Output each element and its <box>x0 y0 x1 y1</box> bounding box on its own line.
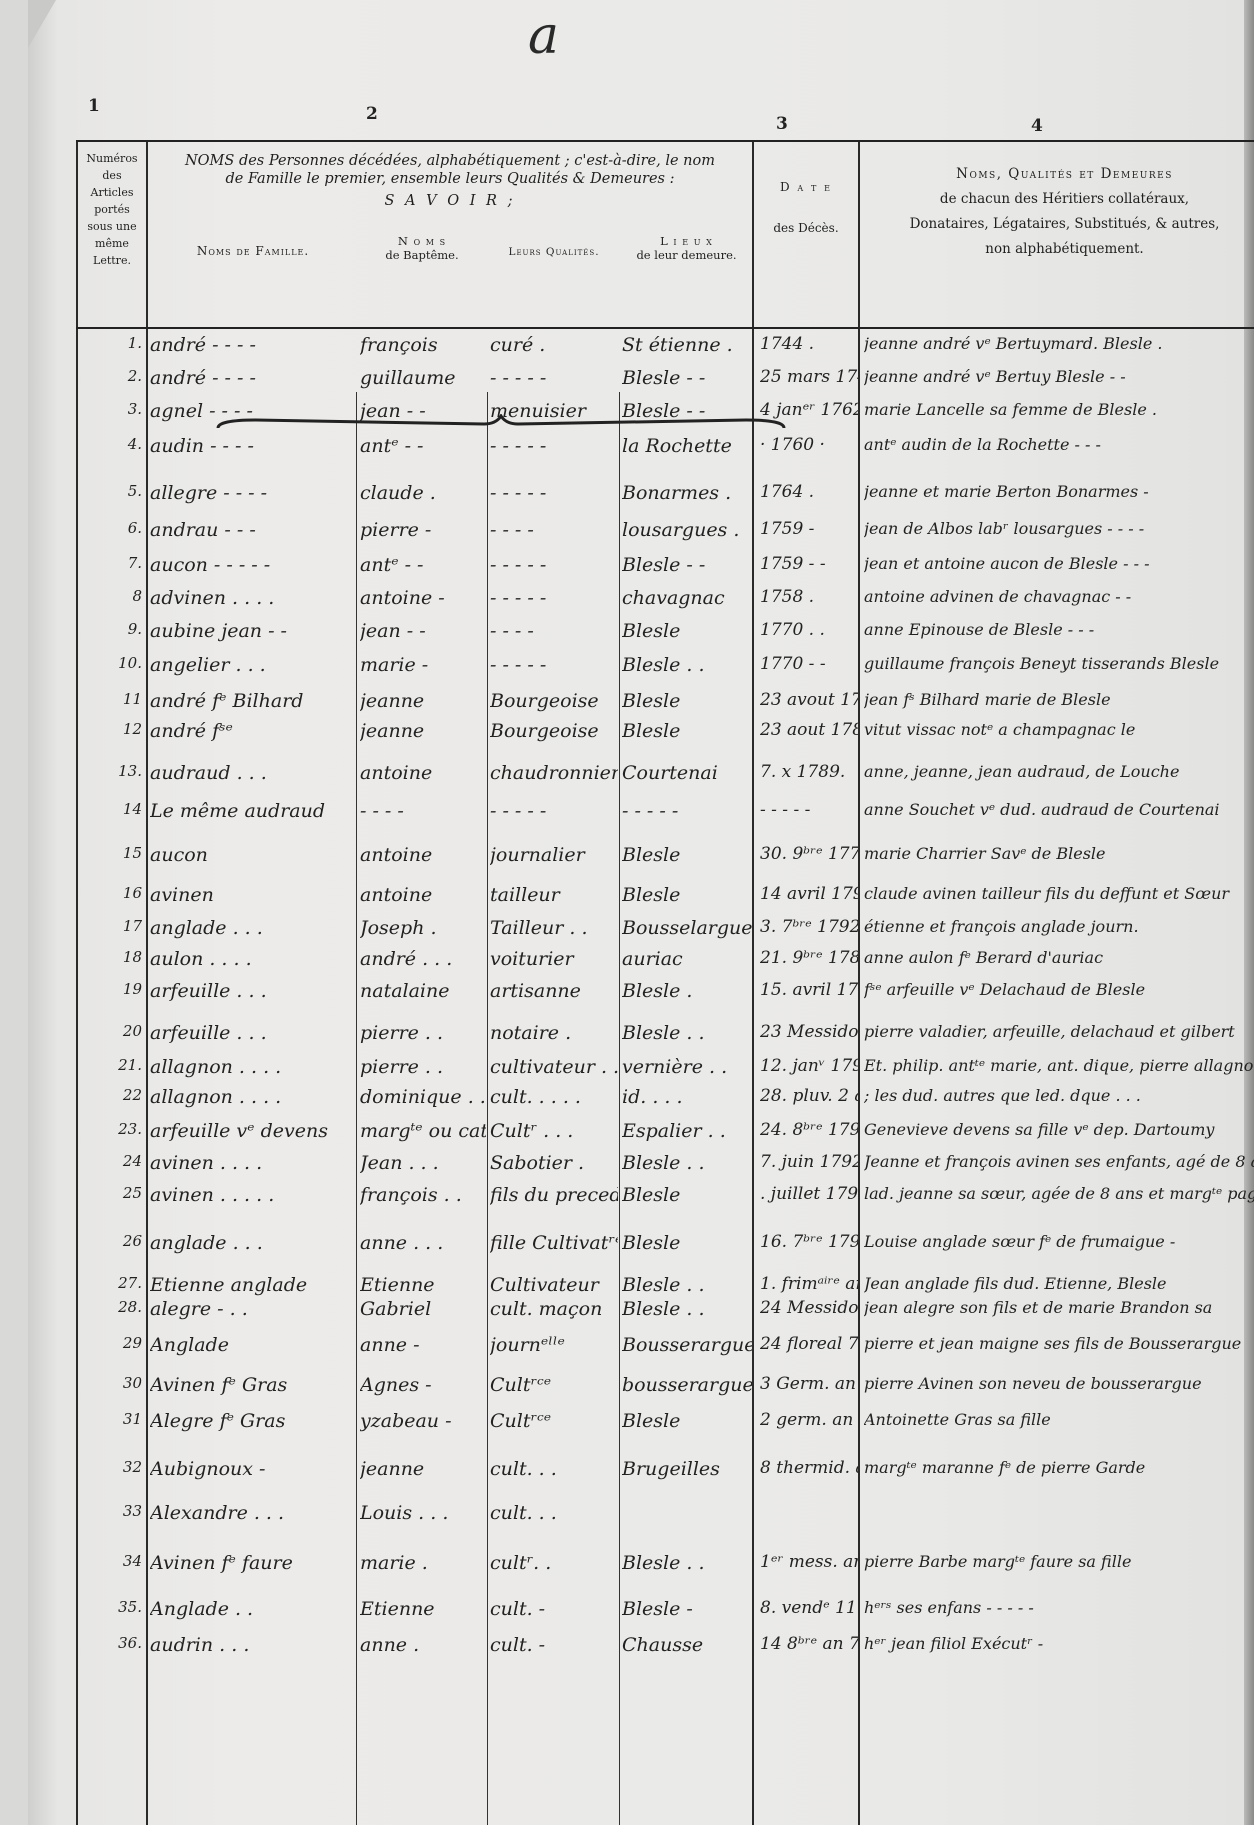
family-name-cell: Etienne anglade <box>150 1274 356 1296</box>
death-date-cell: . juillet 1792 <box>760 1184 858 1204</box>
death-date-cell: 3 Germ. an 6 <box>760 1374 858 1394</box>
quality-cell: Bourgeoise <box>490 690 618 712</box>
residence-cell: Blesle . . <box>622 1274 752 1296</box>
residence-cell: Blesle . . <box>622 654 752 676</box>
heirs-cell: pierre Avinen son neveu de bousserargue <box>864 1374 1254 1393</box>
baptism-name-cell: margᵗᵉ ou cath. <box>360 1120 486 1142</box>
residence-cell: Blesle - - <box>622 367 752 389</box>
quality-cell: cult. - <box>490 1598 618 1620</box>
death-date-cell: · 1760 · <box>760 435 858 455</box>
quality-cell: Cultʳᶜᵉ <box>490 1410 618 1432</box>
row-number-cell: 18 <box>78 948 142 966</box>
row-number-cell: 20 <box>78 1022 142 1040</box>
residence-cell: Blesle . . <box>622 1152 752 1174</box>
heirs-cell: anne, jeanne, jean audraud, de Louche <box>864 762 1254 781</box>
family-name-cell: aubine jean - - <box>150 620 356 642</box>
baptism-name-cell: françois <box>360 334 486 356</box>
row-number-cell: 25 <box>78 1184 142 1202</box>
table-row: 32Aubignoux -jeannecult. . .Brugeilles8 … <box>76 1458 1254 1494</box>
baptism-name-cell: Gabriel <box>360 1298 486 1320</box>
row-number-cell: 11 <box>78 690 142 708</box>
residence-cell: Blesle - - <box>622 400 752 422</box>
family-name-cell: Avinen fᵉ faure <box>150 1552 356 1574</box>
row-number-cell: 33 <box>78 1502 142 1520</box>
death-date-cell: 1764 . <box>760 482 858 502</box>
death-date-cell: 21. 9ᵇʳᵉ 1785. <box>760 948 858 968</box>
row-number-cell: 15 <box>78 844 142 862</box>
rule-header-bottom <box>76 327 1254 329</box>
column-number-2: 2 <box>366 104 378 124</box>
row-number-cell: 35. <box>78 1598 142 1616</box>
baptism-name-cell: marie - <box>360 654 486 676</box>
quality-cell: cultʳ. . <box>490 1552 618 1574</box>
family-name-cell: anglade . . . <box>150 1232 356 1254</box>
row-number-cell: 8 <box>78 587 142 605</box>
death-date-cell: 7. x 1789. <box>760 762 858 782</box>
quality-cell: Bourgeoise <box>490 720 618 742</box>
family-name-cell: audin - - - - <box>150 435 356 457</box>
row-number-cell: 19 <box>78 980 142 998</box>
death-date-cell: 24 Messidor an 6. <box>760 1298 858 1318</box>
quality-cell: fille Cultivatʳᵉ <box>490 1232 618 1254</box>
death-date-cell: 1770 . . <box>760 620 858 640</box>
table-row: 4.audin - - - -antᵉ - -- - - - -la Roche… <box>76 435 1254 471</box>
table-row: 22allagnon . . . .dominique . .cult. . .… <box>76 1086 1254 1122</box>
row-number-cell: 2. <box>78 367 142 385</box>
residence-cell: Blesle <box>622 1232 752 1254</box>
family-name-cell: aucon - - - - - <box>150 554 356 576</box>
row-number-cell: 24 <box>78 1152 142 1170</box>
residence-cell: Blesle <box>622 720 752 742</box>
heirs-cell: jeanne andré vᵉ Bertuy Blesle - - <box>864 367 1254 386</box>
family-name-cell: Anglade . . <box>150 1598 356 1620</box>
baptism-name-cell: pierre . . <box>360 1022 486 1044</box>
quality-cell: - - - - <box>490 620 618 642</box>
family-name-cell: alegre - . . <box>150 1298 356 1320</box>
baptism-name-cell: Etienne <box>360 1598 486 1620</box>
table-row: 5.allegre - - - -claude .- - - - -Bonarm… <box>76 482 1254 518</box>
heirs-cell: marie Lancelle sa femme de Blesle . <box>864 400 1254 419</box>
quality-cell: Tailleur . . <box>490 917 618 939</box>
family-name-cell: agnel - - - - <box>150 400 356 422</box>
heirs-cell: fˢᵉ arfeuille vᵉ Delachaud de Blesle <box>864 980 1254 999</box>
death-date-cell: 8. vendᵉ 11. <box>760 1598 858 1618</box>
heirs-cell: jean de Albos labʳ lousargues - - - - <box>864 519 1254 538</box>
table-row: 13.audraud . . .antoinechaudronnierCourt… <box>76 762 1254 798</box>
family-name-cell: arfeuille . . . <box>150 1022 356 1044</box>
table-row: 24avinen . . . .Jean . . .Sabotier .Bles… <box>76 1152 1254 1188</box>
row-number-cell: 27. <box>78 1274 142 1292</box>
row-number-cell: 9. <box>78 620 142 638</box>
baptism-name-cell: Etienne <box>360 1274 486 1296</box>
column-number-3: 3 <box>776 114 788 134</box>
family-name-cell: anglade . . . <box>150 917 356 939</box>
sheet-letter: a <box>528 6 559 66</box>
heirs-cell: anne Souchet vᵉ dud. audraud de Courtena… <box>864 800 1254 819</box>
death-date-cell: - - - - - <box>760 800 858 820</box>
table-row: 36.audrin . . .anne .cult. -Chausse14 8ᵇ… <box>76 1634 1254 1670</box>
table-row: 30Avinen fᵉ GrasAgnes -Cultʳᶜᵉbousserarg… <box>76 1374 1254 1410</box>
row-number-cell: 26 <box>78 1232 142 1250</box>
residence-cell: Bousselargues <box>622 917 752 939</box>
family-name-cell: avinen <box>150 884 356 906</box>
heirs-cell: Antoinette Gras sa fille <box>864 1410 1254 1429</box>
death-register-table: Numéros des Articles portés sous une mêm… <box>76 140 1254 1825</box>
row-number-cell: 28. <box>78 1298 142 1316</box>
heirs-cell: margᵗᵉ maranne fᵉ de pierre Garde <box>864 1458 1254 1477</box>
row-number-cell: 16 <box>78 884 142 902</box>
residence-cell: Blesle - - <box>622 554 752 576</box>
residence-cell: Blesle . . <box>622 1298 752 1320</box>
death-date-cell: 2 germ. an 7 <box>760 1410 858 1430</box>
heirs-cell: Jeanne et françois avinen ses enfants, a… <box>864 1152 1254 1171</box>
quality-cell: tailleur <box>490 884 618 906</box>
death-date-cell: 4 janᵉʳ 1762 <box>760 400 858 420</box>
death-date-cell: 23 aout 1784 <box>760 720 858 740</box>
heirs-cell: jean alegre son fils et de marie Brandon… <box>864 1298 1254 1317</box>
family-name-cell: allagnon . . . . <box>150 1086 356 1108</box>
residence-cell: chavagnac <box>622 587 752 609</box>
table-row: 26anglade . . .anne . . .fille Cultivatʳ… <box>76 1232 1254 1268</box>
baptism-name-cell: antoine <box>360 844 486 866</box>
residence-cell: bousserargue <box>622 1374 752 1396</box>
heirs-cell: pierre et jean maigne ses fils de Bousse… <box>864 1334 1254 1353</box>
table-row: 18aulon . . . .andré . . .voiturierauria… <box>76 948 1254 984</box>
table-row: 23.arfeuille vᵉ devensmargᵗᵉ ou cath.Cul… <box>76 1120 1254 1156</box>
death-date-cell: 15. avril 1792. <box>760 980 858 1000</box>
family-name-cell: audrin . . . <box>150 1634 356 1656</box>
quality-cell: - - - - - <box>490 800 618 822</box>
row-number-cell: 5. <box>78 482 142 500</box>
residence-cell: - - - - - <box>622 800 752 822</box>
death-date-cell: 1759 - <box>760 519 858 539</box>
quality-cell: - - - - - <box>490 435 618 457</box>
death-date-cell: 7. juin 1792 <box>760 1152 858 1172</box>
row-number-cell: 10. <box>78 654 142 672</box>
death-date-cell: 24. 8ᵇʳᵉ 1792 <box>760 1120 858 1140</box>
family-name-cell: advinen . . . . <box>150 587 356 609</box>
table-row: 2.andré - - - -guillaume- - - - -Blesle … <box>76 367 1254 403</box>
family-name-cell: andré - - - - <box>150 334 356 356</box>
baptism-name-cell: antoine <box>360 762 486 784</box>
header-baptism-names: N o m s de Baptême. <box>358 234 486 263</box>
table-row: 31Alegre fᵉ Grasyzabeau -CultʳᶜᵉBlesle2 … <box>76 1410 1254 1446</box>
baptism-name-cell: antoine <box>360 884 486 906</box>
header-residence: L i e u x de leur demeure. <box>621 234 752 263</box>
heirs-cell: antoine advinen de chavagnac - - <box>864 587 1254 606</box>
table-row: 15auconantoinejournalierBlesle30. 9ᵇʳᵉ 1… <box>76 844 1254 880</box>
death-date-cell: 12. janᵛ 1791 <box>760 1056 858 1076</box>
residence-cell: Brugeilles <box>622 1458 752 1480</box>
torn-corner <box>28 0 56 48</box>
death-date-cell: 1758 . <box>760 587 858 607</box>
residence-cell: Blesle <box>622 690 752 712</box>
quality-cell: - - - - - <box>490 554 618 576</box>
death-date-cell: 14 avril 1791 <box>760 884 858 904</box>
quality-cell: cult. . . <box>490 1502 618 1524</box>
heirs-cell: marie Charrier Savᵉ de Blesle <box>864 844 1254 863</box>
table-row: 35.Anglade . .Etiennecult. -Blesle -8. v… <box>76 1598 1254 1634</box>
header-qualities: Leurs Qualités. <box>489 246 619 259</box>
residence-cell: Courtenai <box>622 762 752 784</box>
baptism-name-cell: jean - - <box>360 400 486 422</box>
heirs-cell: étienne et françois anglade journ. <box>864 917 1254 936</box>
quality-cell: journᵉˡˡᵉ <box>490 1334 618 1356</box>
family-name-cell: avinen . . . . <box>150 1152 356 1174</box>
death-date-cell: 14 8ᵇʳᵉ an 7. <box>760 1634 858 1654</box>
table-row: 28.alegre - . .Gabrielcult. maçonBlesle … <box>76 1298 1254 1334</box>
table-row: 20arfeuille . . .pierre . .notaire .Bles… <box>76 1022 1254 1058</box>
column-number-4: 4 <box>1031 116 1043 136</box>
row-number-cell: 6. <box>78 519 142 537</box>
family-name-cell: Aubignoux - <box>150 1458 356 1480</box>
family-name-cell: allegre - - - - <box>150 482 356 504</box>
row-number-cell: 30 <box>78 1374 142 1392</box>
row-number-cell: 17 <box>78 917 142 935</box>
quality-cell: - - - - - <box>490 654 618 676</box>
quality-cell: curé . <box>490 334 618 356</box>
residence-cell: Blesle . . <box>622 1552 752 1574</box>
baptism-name-cell: jeanne <box>360 1458 486 1480</box>
row-number-cell: 23. <box>78 1120 142 1138</box>
quality-cell: - - - - - <box>490 367 618 389</box>
death-date-cell: 23 avout 1784 <box>760 690 858 710</box>
death-date-cell: 1744 . <box>760 334 858 354</box>
baptism-name-cell: natalaine <box>360 980 486 1002</box>
row-number-cell: 29 <box>78 1334 142 1352</box>
residence-cell: lousargues . <box>622 519 752 541</box>
table-row: 8advinen . . . .antoine -- - - - -chavag… <box>76 587 1254 623</box>
residence-cell: id. . . . <box>622 1086 752 1108</box>
quality-cell: Sabotier . <box>490 1152 618 1174</box>
row-number-cell: 14 <box>78 800 142 818</box>
residence-cell: Chausse <box>622 1634 752 1656</box>
baptism-name-cell: jeanne <box>360 720 486 742</box>
heirs-cell: Et. philip. antᵗᵉ marie, ant. dique, pie… <box>864 1056 1254 1075</box>
family-name-cell: Alegre fᵉ Gras <box>150 1410 356 1432</box>
column-number-1: 1 <box>88 96 100 116</box>
table-row: 25avinen . . . . .françois . .fils du pr… <box>76 1184 1254 1220</box>
heirs-cell: hᵉʳˢ ses enfans - - - - - <box>864 1598 1254 1617</box>
row-number-cell: 36. <box>78 1634 142 1652</box>
heirs-cell: Jean anglade fils dud. Etienne, Blesle <box>864 1274 1254 1293</box>
residence-cell: la Rochette <box>622 435 752 457</box>
baptism-name-cell: pierre - <box>360 519 486 541</box>
heirs-cell: hᵉʳ jean filiol Exécutʳ - <box>864 1634 1254 1653</box>
death-date-cell: 30. 9ᵇʳᵉ 1774 <box>760 844 858 864</box>
family-name-cell: Alexandre . . . <box>150 1502 356 1524</box>
death-date-cell: 24 floreal 7. <box>760 1334 858 1354</box>
quality-cell: cult. . . . . <box>490 1086 618 1108</box>
quality-cell: Cultʳ . . . <box>490 1120 618 1142</box>
quality-cell: - - - - <box>490 519 618 541</box>
death-date-cell: 25 mars 1748 <box>760 367 858 387</box>
header-col2-title: NOMS des Personnes décédées, alphabétiqu… <box>150 152 750 210</box>
residence-cell: Blesle <box>622 884 752 906</box>
baptism-name-cell: pierre . . <box>360 1056 486 1078</box>
residence-cell: St étienne . <box>622 334 752 356</box>
death-date-cell: 1770 - - <box>760 654 858 674</box>
residence-cell: Bonarmes . <box>622 482 752 504</box>
header-col1: Numéros des Articles portés sous une mêm… <box>78 150 146 269</box>
heirs-cell: pierre valadier, arfeuille, delachaud et… <box>864 1022 1254 1041</box>
heirs-cell: claude avinen tailleur fils du deffunt e… <box>864 884 1254 903</box>
quality-cell: menuisier <box>490 400 618 422</box>
row-number-cell: 3. <box>78 400 142 418</box>
baptism-name-cell: jeanne <box>360 690 486 712</box>
row-number-cell: 13. <box>78 762 142 780</box>
row-number-cell: 21. <box>78 1056 142 1074</box>
quality-cell: chaudronnier <box>490 762 618 784</box>
table-row: 14Le même audraud- - - -- - - - -- - - -… <box>76 800 1254 836</box>
quality-cell: cult. maçon <box>490 1298 618 1320</box>
death-date-cell: 3. 7ᵇʳᵉ 1792. <box>760 917 858 937</box>
table-row: 3.agnel - - - -jean - -menuisierBlesle -… <box>76 400 1254 436</box>
family-name-cell: andré fᵉ Bilhard <box>150 690 356 712</box>
row-number-cell: 1. <box>78 334 142 352</box>
heirs-cell: lad. jeanne sa sœur, agée de 8 ans et ma… <box>864 1184 1254 1203</box>
row-number-cell: 7. <box>78 554 142 572</box>
heirs-cell: jean et antoine aucon de Blesle - - - <box>864 554 1254 573</box>
heirs-cell: jeanne andré vᵉ Bertuymard. Blesle . <box>864 334 1254 353</box>
quality-cell: cult. . . <box>490 1458 618 1480</box>
baptism-name-cell: dominique . . <box>360 1086 486 1108</box>
quality-cell: - - - - - <box>490 482 618 504</box>
table-row: 1.andré - - - -françoiscuré .St étienne … <box>76 334 1254 370</box>
baptism-name-cell: jean - - <box>360 620 486 642</box>
death-date-cell: 8 thermid. an 9 <box>760 1458 858 1478</box>
baptism-name-cell: Jean . . . <box>360 1152 486 1174</box>
residence-cell: Blesle <box>622 844 752 866</box>
heirs-cell: guillaume françois Beneyt tisserands Ble… <box>864 654 1254 673</box>
row-number-cell: 34 <box>78 1552 142 1570</box>
register-page: a 1 2 3 4 Numéros des Articles portés so… <box>28 0 1254 1825</box>
family-name-cell: andré fˢᵉ <box>150 720 356 742</box>
family-name-cell: Anglade <box>150 1334 356 1356</box>
table-row: 10.angelier . . .marie -- - - - -Blesle … <box>76 654 1254 690</box>
header-heirs: Noms, Qualités et Demeures de chacun des… <box>862 162 1254 262</box>
residence-cell: auriac <box>622 948 752 970</box>
residence-cell: Blesle . <box>622 980 752 1002</box>
row-number-cell: 22 <box>78 1086 142 1104</box>
baptism-name-cell: antᵉ - - <box>360 435 486 457</box>
quality-cell: cultivateur . . <box>490 1056 618 1078</box>
baptism-name-cell: anne . <box>360 1634 486 1656</box>
heirs-cell: ; les dud. autres que led. dque . . . <box>864 1086 1254 1105</box>
heirs-cell: anne aulon fᵉ Berard d'auriac <box>864 948 1254 967</box>
family-name-cell: allagnon . . . . <box>150 1056 356 1078</box>
heirs-cell: anne Epinouse de Blesle - - - <box>864 620 1254 639</box>
baptism-name-cell: antᵉ - - <box>360 554 486 576</box>
quality-cell: Cultʳᶜᵉ <box>490 1374 618 1396</box>
quality-cell: - - - - - <box>490 587 618 609</box>
table-row: 16avinenantoinetailleurBlesle14 avril 17… <box>76 884 1254 920</box>
table-row: 33Alexandre . . .Louis . . .cult. . . <box>76 1502 1254 1538</box>
heirs-cell: pierre Barbe margᵗᵉ faure sa fille <box>864 1552 1254 1571</box>
table-row: 7.aucon - - - - -antᵉ - -- - - - -Blesle… <box>76 554 1254 590</box>
heirs-cell: Louise anglade sœur fᵉ de frumaigue - <box>864 1232 1254 1251</box>
heirs-cell: antᵉ audin de la Rochette - - - <box>864 435 1254 454</box>
baptism-name-cell: françois . . <box>360 1184 486 1206</box>
family-name-cell: Avinen fᵉ Gras <box>150 1374 356 1396</box>
quality-cell: artisanne <box>490 980 618 1002</box>
death-date-cell: 1759 - - <box>760 554 858 574</box>
table-row: 29Angladeanne -journᵉˡˡᵉBousserargue24 f… <box>76 1334 1254 1370</box>
residence-cell: Blesle . . <box>622 1022 752 1044</box>
family-name-cell: aulon . . . . <box>150 948 356 970</box>
baptism-name-cell: marie . <box>360 1552 486 1574</box>
heirs-cell: jeanne et marie Berton Bonarmes - <box>864 482 1254 501</box>
table-row: 34Avinen fᵉ fauremarie .cultʳ. .Blesle .… <box>76 1552 1254 1588</box>
residence-cell: Espalier . . <box>622 1120 752 1142</box>
baptism-name-cell: claude . <box>360 482 486 504</box>
quality-cell: cult. - <box>490 1634 618 1656</box>
residence-cell: Blesle <box>622 620 752 642</box>
heirs-cell: jean fˢ Bilhard marie de Blesle <box>864 690 1254 709</box>
table-row: 9.aubine jean - -jean - -- - - -Blesle17… <box>76 620 1254 656</box>
death-date-cell: 1. frimᵃⁱʳᵉ an 2. <box>760 1274 858 1294</box>
baptism-name-cell: yzabeau - <box>360 1410 486 1432</box>
quality-cell: journalier <box>490 844 618 866</box>
family-name-cell: andré - - - - <box>150 367 356 389</box>
baptism-name-cell: guillaume <box>360 367 486 389</box>
table-row: 12andré fˢᵉjeanneBourgeoiseBlesle23 aout… <box>76 720 1254 756</box>
death-date-cell: 1ᵉʳ mess. an 10. <box>760 1552 858 1572</box>
death-date-cell: 28. pluv. 2 an <box>760 1086 858 1106</box>
quality-cell: notaire . <box>490 1022 618 1044</box>
death-date-cell: 16. 7ᵇʳᵉ 1792 <box>760 1232 858 1252</box>
baptism-name-cell: antoine - <box>360 587 486 609</box>
table-row: 19arfeuille . . .natalaineartisanneBlesl… <box>76 980 1254 1016</box>
heirs-cell: vitut vissac notᵉ a champagnac le <box>864 720 1254 739</box>
family-name-cell: andrau - - - <box>150 519 356 541</box>
row-number-cell: 31 <box>78 1410 142 1428</box>
residence-cell: Blesle <box>622 1410 752 1432</box>
quality-cell: voiturier <box>490 948 618 970</box>
family-name-cell: arfeuille . . . <box>150 980 356 1002</box>
header-date: D a t e des Décès. <box>754 180 858 236</box>
baptism-name-cell: andré . . . <box>360 948 486 970</box>
baptism-name-cell: anne - <box>360 1334 486 1356</box>
family-name-cell: angelier . . . <box>150 654 356 676</box>
residence-cell: vernière . . <box>622 1056 752 1078</box>
quality-cell: fils du precedent <box>490 1184 618 1206</box>
baptism-name-cell: Louis . . . <box>360 1502 486 1524</box>
residence-cell: Bousserargue <box>622 1334 752 1356</box>
baptism-name-cell: anne . . . <box>360 1232 486 1254</box>
table-row: 6.andrau - - -pierre -- - - -lousargues … <box>76 519 1254 555</box>
death-date-cell: 23 Messidor an 2 <box>760 1022 858 1042</box>
baptism-name-cell: - - - - <box>360 800 486 822</box>
family-name-cell: arfeuille vᵉ devens <box>150 1120 356 1142</box>
family-name-cell: Le même audraud <box>150 800 356 822</box>
residence-cell: Blesle - <box>622 1598 752 1620</box>
family-name-cell: audraud . . . <box>150 762 356 784</box>
heirs-cell: Genevieve devens sa fille vᵉ dep. Dartou… <box>864 1120 1254 1139</box>
header-family-names: Noms de Famille. <box>150 244 356 259</box>
row-number-cell: 12 <box>78 720 142 738</box>
row-number-cell: 32 <box>78 1458 142 1476</box>
family-name-cell: avinen . . . . . <box>150 1184 356 1206</box>
baptism-name-cell: Joseph . <box>360 917 486 939</box>
quality-cell: Cultivateur <box>490 1274 618 1296</box>
row-number-cell: 4. <box>78 435 142 453</box>
baptism-name-cell: Agnes - <box>360 1374 486 1396</box>
residence-cell: Blesle <box>622 1184 752 1206</box>
family-name-cell: aucon <box>150 844 356 866</box>
